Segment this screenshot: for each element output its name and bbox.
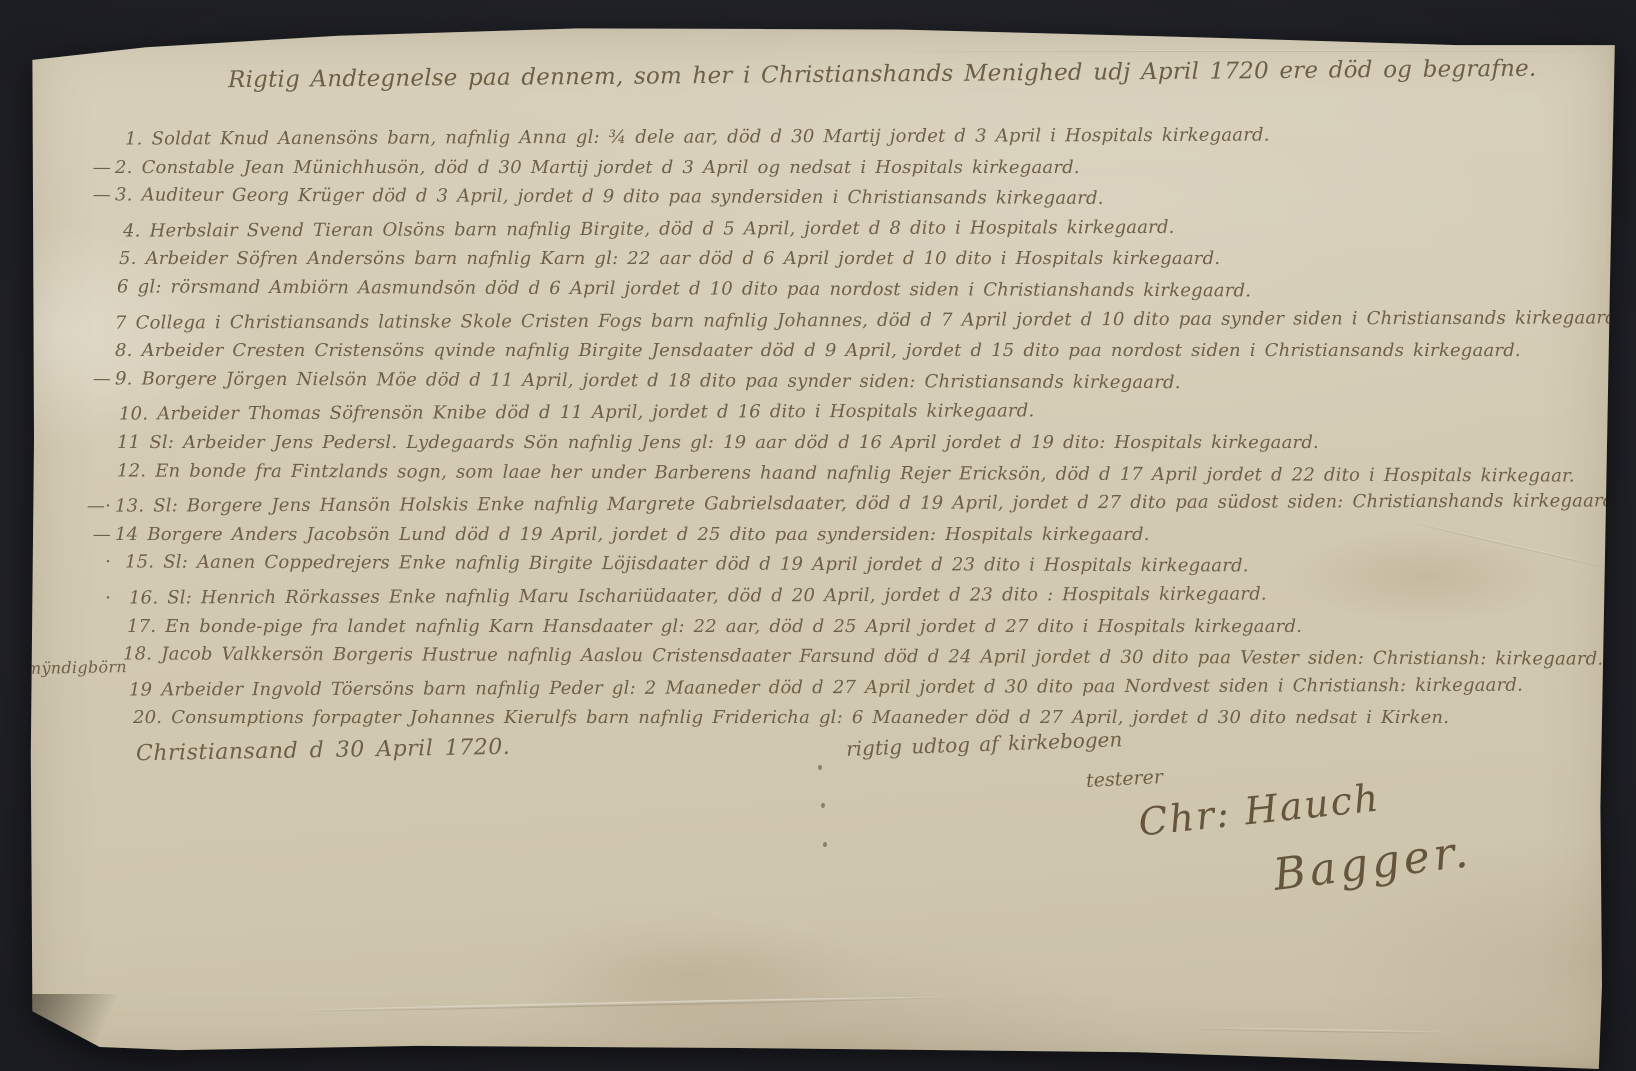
entry-row: 19Arbeider Ingvold Töersöns barn nafnlig… (115, 670, 1590, 706)
entry-number: 19 (129, 679, 152, 700)
entry-number: 18. (123, 644, 152, 665)
entry-text: Borgere Jörgen Nielsön Möe död d 11 Apri… (142, 368, 1181, 393)
entry-row: 1.Soldat Knud Aanensöns barn, nafnlig An… (115, 119, 1590, 155)
entry-text: Arbeider Thomas Söfrensön Knibe död d 11… (157, 401, 1034, 425)
paper-crease (898, 50, 1602, 52)
entry-row: —14Borgere Anders Jacobsön Lund död d 19… (115, 520, 1590, 551)
entry-text: Sl: Aanen Coppedrejers Enke nafnlig Birg… (163, 552, 1249, 577)
pin-hole (821, 803, 825, 808)
entry-margin-dash: — (81, 180, 111, 211)
paper-crease (290, 995, 962, 1013)
attest-word: testerer (1085, 766, 1163, 792)
entry-row: 20.Consumptions forpagter Johannes Kieru… (115, 703, 1590, 734)
entry-row: ·16.Sl: Henrich Rörkasses Enke nafnlig M… (115, 578, 1590, 614)
entry-row: —2.Constable Jean Münichhusön, död d 30 … (115, 153, 1590, 184)
manuscript-page: Rigtig Andtegnelse paa dennem, som her i… (18, 20, 1618, 1069)
entry-margin-dash: — (81, 364, 111, 395)
pin-hole (818, 765, 822, 770)
entry-margin-dash: —· (81, 492, 111, 523)
paper-shadow-wrap: Rigtig Andtegnelse paa dennem, som her i… (0, 0, 1636, 1071)
entry-number: 10. (119, 404, 148, 425)
entry-number: 20. (133, 707, 162, 728)
entry-text: Auditeur Georg Krüger död d 3 April, jor… (142, 185, 1104, 209)
entry-number: 1. (125, 128, 143, 149)
entry-number: 8. (115, 340, 133, 361)
entry-text: Collega i Christiansands latinske Skole … (136, 307, 1617, 333)
entry-row: ·15.Sl: Aanen Coppedrejers Enke nafnlig … (115, 548, 1590, 584)
paper-crease (1186, 1027, 1458, 1035)
entry-text: Constable Jean Münichhusön, död d 30 Mar… (142, 157, 1080, 178)
entry-text: Consumptions forpagter Johannes Kierulfs… (171, 707, 1449, 728)
entry-margin-dash: · (81, 583, 111, 614)
photograph-background: Rigtig Andtegnelse paa dennem, som her i… (0, 0, 1636, 1071)
signature-first: Chr: Hauch (1136, 775, 1382, 844)
entry-text: En bonde fra Fintzlands sogn, som laae h… (155, 460, 1575, 486)
entry-text: En bonde-pige fra landet nafnlig Karn Ha… (165, 616, 1302, 637)
signature-surname: Bagger. (1271, 826, 1475, 901)
document-title: Rigtig Andtegnelse paa dennem, som her i… (228, 57, 1408, 93)
entry-text: Borgere Anders Jacobsön Lund död d 19 Ap… (147, 524, 1149, 545)
entry-text: Arbeider Cresten Cristensöns qvinde nafn… (142, 340, 1521, 361)
entry-row: 7Collega i Christiansands latinske Skole… (115, 303, 1590, 339)
entry-number: 17. (127, 616, 156, 637)
entry-number: 7 (115, 312, 127, 333)
entry-number: 5. (119, 248, 137, 269)
pin-hole (823, 842, 827, 847)
entry-number: 14 (115, 524, 138, 545)
margin-note: mÿndigbörn (26, 657, 127, 678)
entry-text: Arbeider Söfren Andersöns barn nafnlig K… (146, 248, 1221, 269)
entry-number: 12. (117, 460, 146, 481)
entry-number: 11 (117, 432, 140, 453)
entry-margin-dash: — (81, 153, 111, 184)
entry-row: 5.Arbeider Söfren Andersöns barn nafnlig… (115, 244, 1590, 275)
entry-row: 11Sl: Arbeider Jens Pedersl. Lydegaards … (115, 428, 1590, 459)
entries-list: 1.Soldat Knud Aanensöns barn, nafnlig An… (115, 122, 1590, 734)
entry-number: 15. (125, 552, 154, 573)
entry-text: Arbeider Ingvold Töersöns barn nafnlig P… (161, 674, 1523, 700)
entry-margin-dash: — (81, 520, 111, 551)
entry-text: Sl: Henrich Rörkasses Enke nafnlig Maru … (167, 583, 1267, 608)
entry-text: gl: rörsmand Ambiörn Aasmundsön död d 6 … (138, 276, 1252, 301)
entry-row: —·13.Sl: Borgere Jens Hansön Holskis Enk… (115, 487, 1590, 523)
entry-text: Jacob Valkkersön Borgeris Hustrue nafnli… (161, 644, 1603, 670)
entry-text: Sl: Arbeider Jens Pedersl. Lydegaards Sö… (149, 432, 1319, 453)
dateline: Christiansand d 30 April 1720. (136, 735, 511, 767)
entry-row: —3.Auditeur Georg Krüger död d 3 April, … (115, 181, 1590, 217)
entry-row: 8.Arbeider Cresten Cristensöns qvinde na… (115, 336, 1590, 367)
entry-number: 2. (115, 157, 133, 178)
entry-number: 6 (117, 276, 129, 297)
entry-row: 10.Arbeider Thomas Söfrensön Knibe död d… (115, 395, 1590, 431)
entry-number: 9. (115, 368, 133, 389)
entry-text: Sl: Borgere Jens Hansön Holskis Enke naf… (153, 490, 1620, 516)
entry-number: 3. (115, 185, 133, 206)
entry-number: 13. (115, 496, 144, 517)
entry-row: 17.En bonde-pige fra landet nafnlig Karn… (115, 612, 1590, 643)
entry-number: 4. (123, 220, 141, 241)
entry-number: 16. (129, 587, 158, 608)
folded-corner-shadow (18, 994, 148, 1069)
entry-text: Herbslair Svend Tieran Olsöns barn nafnl… (150, 217, 1175, 242)
entry-text: Soldat Knud Aanensöns barn, nafnlig Anna… (152, 125, 1270, 150)
entry-row: 4.Herbslair Svend Tieran Olsöns barn naf… (115, 211, 1590, 247)
entry-row: 6gl: rörsmand Ambiörn Aasmundsön död d 6… (115, 272, 1590, 308)
entry-margin-dash: · (81, 548, 111, 579)
entry-row: 18.Jacob Valkkersön Borgeris Hustrue naf… (115, 640, 1590, 676)
